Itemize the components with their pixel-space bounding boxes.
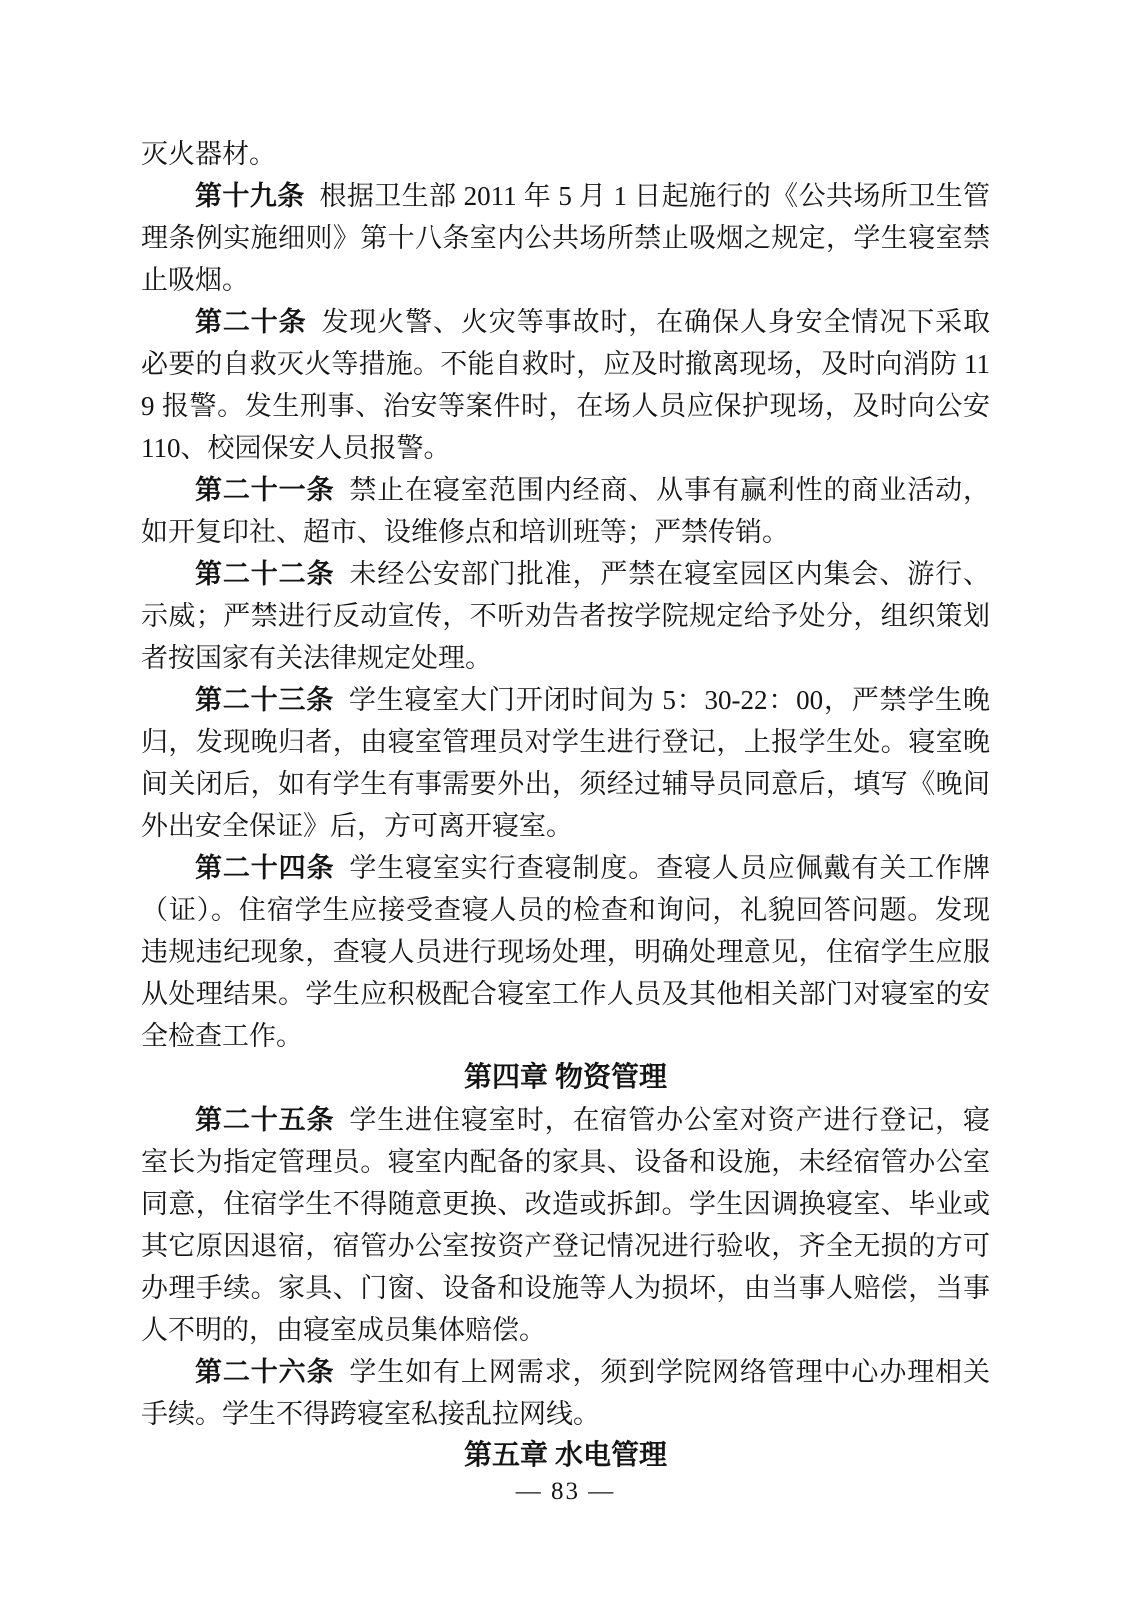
article-number: 第二十条	[195, 307, 307, 337]
article-text: 学生进住寝室时，在宿管办公室对资产进行登记，寝室长为指定管理员。寝室内配备的家具…	[141, 1105, 990, 1345]
article-paragraph: 第二十二条未经公安部门批准，严禁在寝室园区内集会、游行、示威；严禁进行反动宣传，…	[141, 553, 990, 679]
article-paragraph: 第十九条根据卫生部 2011 年 5 月 1 日起施行的《公共场所卫生管理条例实…	[141, 175, 990, 301]
chapter-heading: 第五章 水电管理	[141, 1435, 990, 1477]
article-paragraph: 第二十四条学生寝室实行查寝制度。查寝人员应佩戴有关工作牌（证）。住宿学生应接受查…	[141, 847, 990, 1057]
article-number: 第十九条	[195, 181, 305, 211]
article-number: 第二十五条	[195, 1105, 334, 1135]
chapter-heading: 第四章 物资管理	[141, 1057, 990, 1099]
article-number: 第二十一条	[195, 475, 334, 505]
article-number: 第二十二条	[195, 559, 334, 589]
article-number: 第二十四条	[195, 853, 334, 883]
article-paragraph: 第二十一条禁止在寝室范围内经商、从事有赢利性的商业活动，如开复印社、超市、设维修…	[141, 469, 990, 553]
document-page: 灭火器材。第十九条根据卫生部 2011 年 5 月 1 日起施行的《公共场所卫生…	[0, 0, 1131, 1600]
article-number: 第二十三条	[195, 685, 334, 715]
article-number: 第二十六条	[195, 1357, 334, 1387]
article-paragraph: 第二十三条学生寝室大门开闭时间为 5：30-22：00，严禁学生晚归，发现晚归者…	[141, 679, 990, 847]
page-number: — 83 —	[0, 1478, 1131, 1506]
article-paragraph: 第二十六条学生如有上网需求，须到学院网络管理中心办理相关手续。学生不得跨寝室私接…	[141, 1351, 990, 1435]
document-body: 灭火器材。第十九条根据卫生部 2011 年 5 月 1 日起施行的《公共场所卫生…	[141, 133, 990, 1477]
continuation-paragraph: 灭火器材。	[141, 133, 990, 175]
article-paragraph: 第二十条发现火警、火灾等事故时，在确保人身安全情况下采取必要的自救灭火等措施。不…	[141, 301, 990, 469]
article-paragraph: 第二十五条学生进住寝室时，在宿管办公室对资产进行登记，寝室长为指定管理员。寝室内…	[141, 1099, 990, 1351]
